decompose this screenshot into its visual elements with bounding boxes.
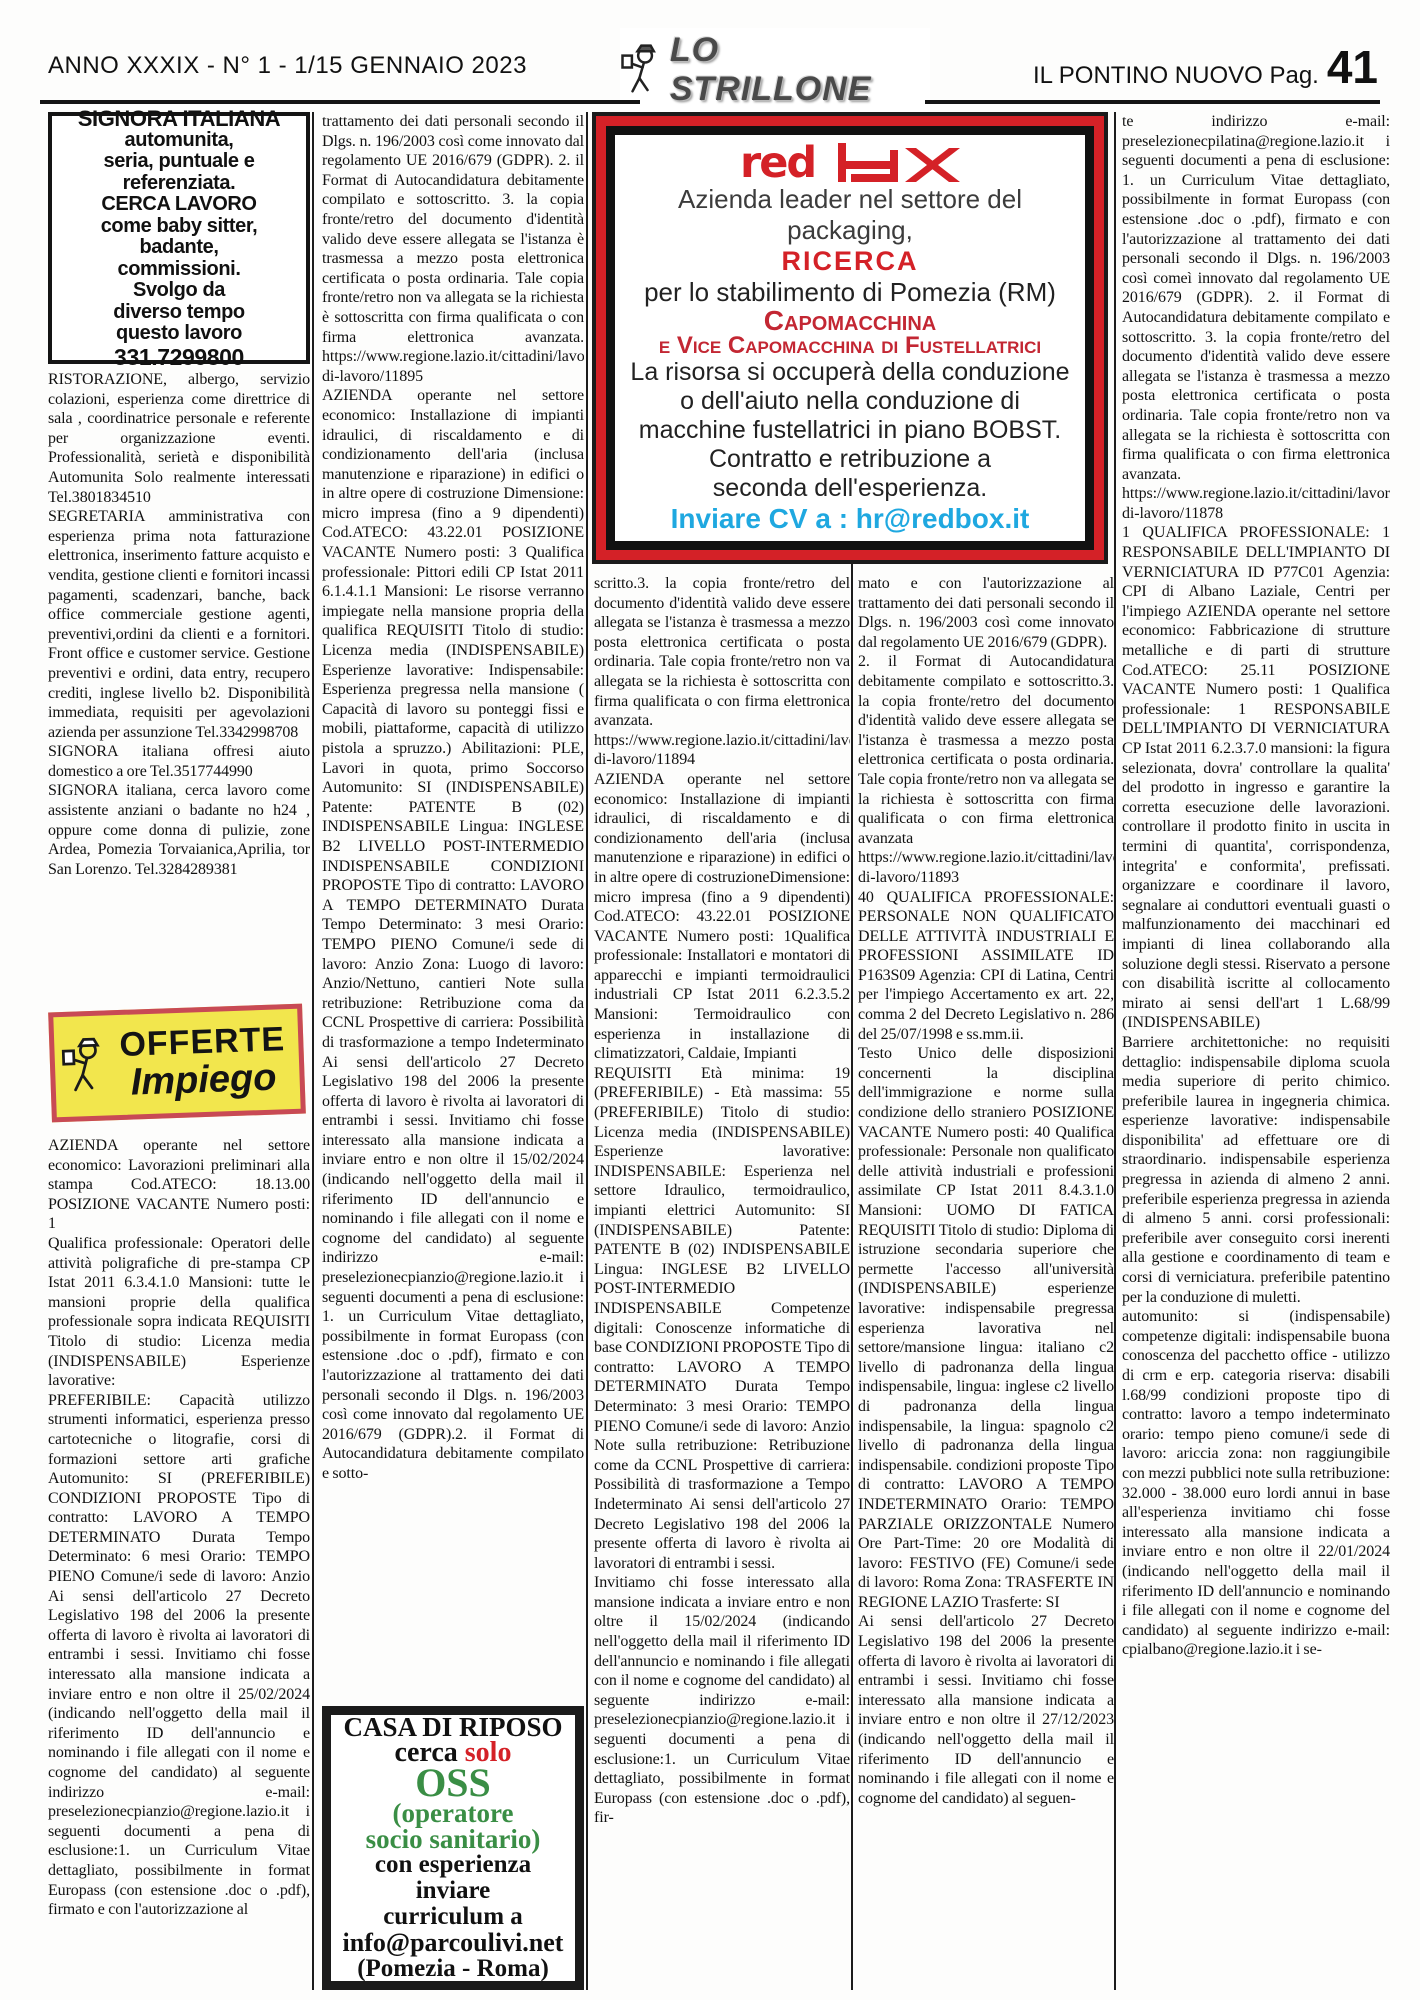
ad-body-line: Contratto e retribuzione a (630, 445, 1069, 474)
classified-para: Qualifica professionale: Operatori delle… (48, 1234, 310, 1391)
redbox-logo: red (630, 141, 1070, 184)
offerte-impiego-badge: OFFERTE Impiego (48, 1004, 306, 1123)
ad-body-line: o dell'aiuto nella conduzione di (630, 387, 1069, 416)
ad-text: per lo stabilimento di Pomezia (RM) (644, 277, 1056, 308)
masthead: LO STRILLONE (620, 28, 930, 112)
ad-line: seria, puntuale e (103, 151, 254, 173)
classified-para: 2. il Format di Autocandidatura debitame… (858, 652, 1114, 887)
header-rule-right (925, 100, 1380, 104)
ad-cv-email: Inviare CV a : hr@redbox.it (671, 503, 1030, 535)
column-5: te indirizzo e-mail: preselezionecpilati… (1122, 112, 1390, 1990)
classified-para: AZIENDA operante nel settore economico: … (48, 1136, 310, 1234)
column-1-lower: AZIENDA operante nel settore economico: … (48, 1136, 310, 1936)
classified-para: Testo Unico delle disposizioni concernen… (858, 1044, 1114, 1612)
ad-role-subtitle: e Vice Capomacchina di Fustellatrici (659, 334, 1041, 358)
classified-para: te indirizzo e-mail: preselezionecpilati… (1122, 112, 1390, 523)
ad-line: socio sanitario) (366, 1826, 541, 1852)
ad-line: come baby sitter, (101, 216, 258, 238)
ad-line: questo lavoro (116, 323, 242, 345)
newspaper-page: ANNO XXXIX - N° 1 - 1/15 GENNAIO 2023 LO… (0, 0, 1420, 2000)
classified-para: 1 QUALIFICA PROFESSIONALE: 1 RESPONSABIL… (1122, 523, 1390, 1032)
classified-para: Invitiamo chi fosse interessato alla man… (594, 1573, 850, 1828)
ad-line: diverso tempo (113, 302, 245, 324)
phone-number: 331.7299800 (114, 347, 244, 369)
ad-line: (Pomezia - Roma) (357, 1956, 549, 1982)
classified-box-signora: SIGNORA ITALIANA automunita, seria, punt… (48, 112, 310, 364)
newsboy-icon (60, 1026, 111, 1106)
classified-para: automunito: si (indispensabile) competen… (1122, 1307, 1390, 1660)
ad-line: curriculum a (383, 1904, 523, 1930)
issue-info: ANNO XXXIX - N° 1 - 1/15 GENNAIO 2023 (48, 52, 527, 80)
casa-di-riposo-ad: CASA DI RIPOSO cerca solo OSS (operatore… (322, 1706, 584, 1990)
page-number: 41 (1327, 44, 1378, 90)
classified-para: trattamento dei dati personali secondo i… (322, 112, 584, 386)
svg-text:red: red (740, 141, 815, 184)
classified-para: mato e con l'autorizzazione al trattamen… (858, 574, 1114, 652)
ad-line: con esperienza (375, 1852, 531, 1878)
ad-ricerca: RICERCA (781, 246, 918, 277)
column-3: scritto.3. la copia fronte/retro del doc… (594, 574, 850, 1992)
classified-para: SIGNORA italiana, cerca lavoro come assi… (48, 781, 310, 879)
classified-para: Ai sensi dell'articolo 27 Decreto Legisl… (858, 1612, 1114, 1808)
classified-para: AZIENDA operante nel settore economico: … (594, 770, 850, 1064)
ad-body-line: macchine fustellatrici in piano BOBST. (630, 416, 1069, 445)
ad-line: CERCA LAVORO (101, 194, 256, 216)
header-rule-left (40, 100, 640, 104)
classified-para: Barriere architettoniche: no requisiti d… (1122, 1033, 1390, 1307)
ad-line: inviare (416, 1878, 491, 1904)
classified-para: RISTORAZIONE, albergo, servizio colazion… (48, 370, 310, 507)
column-divider (1114, 112, 1116, 1990)
classified-para: REQUISITI Età minima: 19 (PREFERIBILE) -… (594, 1064, 850, 1573)
ad-role: OSS (415, 1766, 491, 1800)
newsboy-icon (620, 39, 664, 101)
column-divider (586, 112, 588, 1990)
column-divider (312, 112, 314, 1990)
redbox-ad: red Azienda leader nel settore del packa… (592, 112, 1108, 564)
ad-line: Svolgo da (133, 280, 225, 302)
ad-body-line: La risorsa si occuperà della conduzione (630, 358, 1069, 387)
ad-line: referenziata. (123, 173, 236, 195)
ad-line: SIGNORA ITALIANA (78, 108, 281, 130)
ad-text: Azienda leader nel settore del packaging… (623, 184, 1077, 246)
brand-text: IL PONTINO NUOVO Pag. (1033, 62, 1319, 90)
ad-role-title: Capomacchina (764, 308, 936, 334)
brand-and-page: IL PONTINO NUOVO Pag. 41 (1033, 44, 1378, 90)
classified-para: AZIENDA operante nel settore economico: … (322, 386, 584, 1483)
masthead-logo-text: LO STRILLONE (670, 31, 930, 109)
ad-body-line: seconda dell'esperienza. (630, 474, 1069, 503)
classified-para: SEGRETARIA amministrativa con esperienza… (48, 507, 310, 742)
classified-para: PREFERIBILE: Capacità utilizzo strumenti… (48, 1391, 310, 1920)
classified-para: scritto.3. la copia fronte/retro del doc… (594, 574, 850, 770)
column-2: trattamento dei dati personali secondo i… (322, 112, 584, 1694)
ad-line: (operatore (393, 1800, 514, 1826)
classified-para: SIGNORA italiana offresi aiuto domestico… (48, 742, 310, 781)
classified-para: 40 QUALIFICA PROFESSIONALE: PERSONALE NO… (858, 888, 1114, 1045)
column-4: mato e con l'autorizzazione al trattamen… (858, 574, 1114, 1992)
column-1-upper: RISTORAZIONE, albergo, servizio colazion… (48, 370, 310, 1006)
ad-email: info@parcoulivi.net (343, 1930, 564, 1956)
ad-line: commissioni. (117, 259, 240, 281)
badge-subtitle: Impiego (113, 1057, 294, 1103)
ad-body: La risorsa si occuperà della conduzione … (630, 358, 1069, 503)
ad-line: automunita, (125, 130, 234, 152)
ad-line: badante, (139, 237, 218, 259)
